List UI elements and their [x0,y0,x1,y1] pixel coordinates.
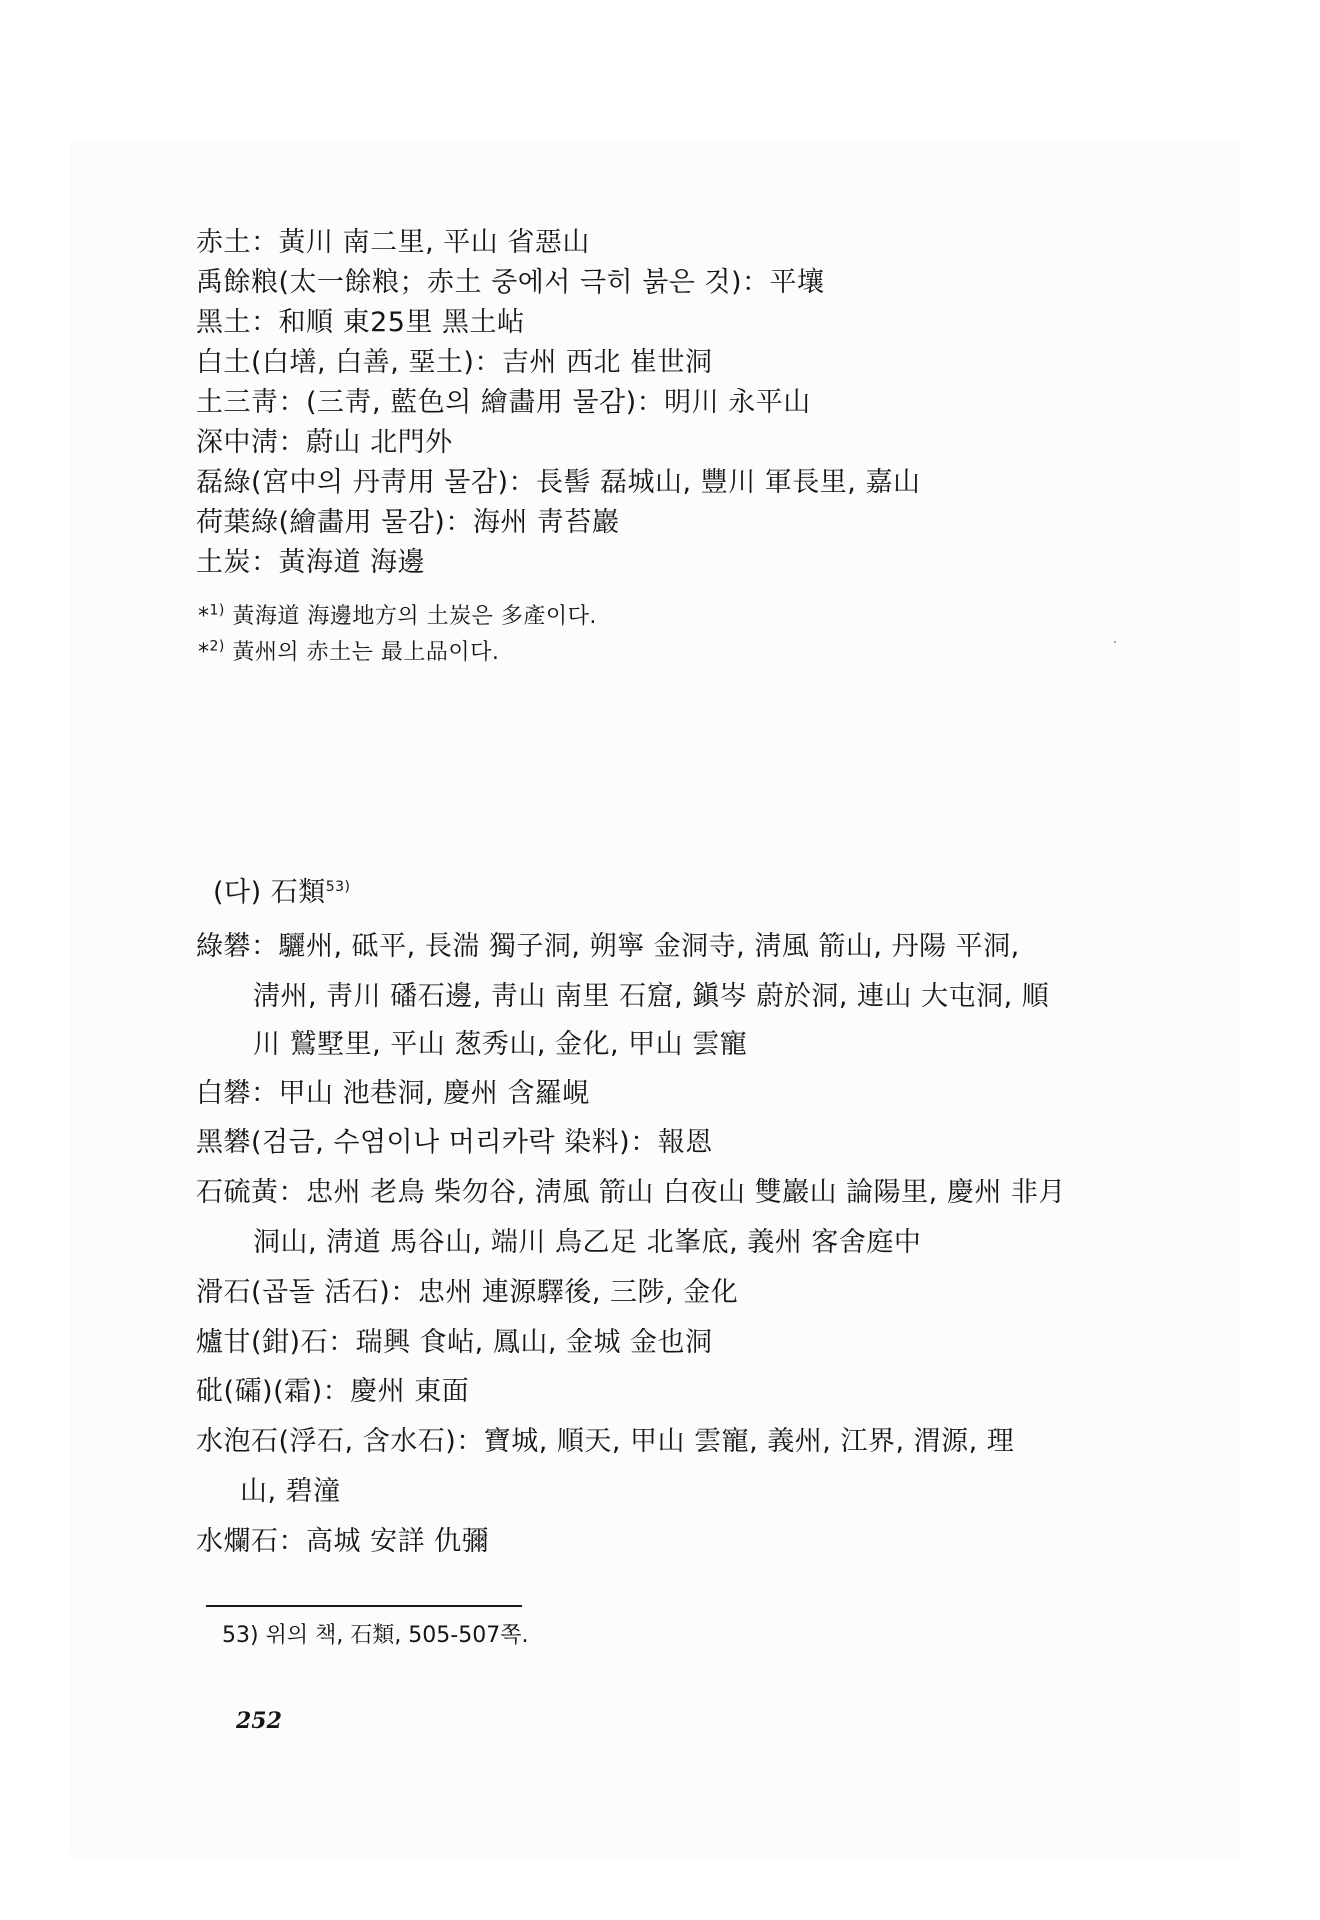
note-sup: 2) [210,639,225,655]
section-title: (다) 石類 [213,877,326,908]
document-page: 赤土：黃川 南二里, 平山 省惡山 禹餘粮(太一餘粮；赤土 중에서 극히 붉은 … [0,0,1320,1920]
note-line: *1) 黃海道 海邊地方의 土炭은 多產이다. [198,600,597,634]
entry-line: 赤土：黃川 南二里, 平山 省惡山 [196,226,590,260]
scan-speck [1114,641,1116,643]
entry-line: 禹餘粮(太一餘粮；赤土 중에서 극히 붉은 것)：平壤 [196,266,825,300]
note-text: 黃州의 赤土는 最上品이다. [232,640,499,665]
entry-line: 荷葉綠(繪畵用 물감)：海州 靑苔巖 [196,506,619,540]
entry-line: 水泡石(浮石, 含水石)：寶城, 順天, 甲山 雲寵, 義州, 江界, 渭源, … [196,1425,1014,1459]
footnote-ref: 53) [326,879,351,895]
entry-line: 石硫黃：忠州 老鳥 柴勿谷, 淸風 箭山 白夜山 雙巖山 論陽里, 慶州 非月 [196,1176,1066,1210]
entry-line: 水爛石：高城 安詳 仇彌 [196,1525,489,1559]
entry-line: 黑土：和順 東25里 黑土岾 [196,306,525,340]
entry-line: 深中淸：蔚山 北門外 [196,426,453,460]
entry-line: 磊綠(宮中의 丹靑用 물감)：長髻 磊城山, 豐川 軍長里, 嘉山 [196,466,920,500]
entry-line: 爐甘(鉗)石：瑞興 食岾, 鳳山, 金城 金也洞 [196,1326,713,1360]
page-number: 252 [236,1708,282,1734]
entry-line: 白土(白墡, 白善, 堊土)：吉州 西北 崔世洞 [196,346,713,380]
note-line: *2) 黃州의 赤土는 最上品이다. [198,636,499,670]
entry-line: 土三靑：(三靑, 藍色의 繪畵用 물감)：明川 永平山 [196,386,811,420]
note-sup: 1) [210,603,225,619]
entry-line: 白礬：甲山 池巷洞, 慶州 含羅峴 [196,1077,590,1111]
entry-continuation: 山, 碧潼 [240,1475,341,1509]
entry-continuation: 淸州, 靑川 磻石邊, 靑山 南里 石窟, 鎭岑 蔚於洞, 連山 大屯洞, 順 [253,980,1049,1014]
entry-continuation: 川 鷲墅里, 平山 葱秀山, 金化, 甲山 雲寵 [253,1028,747,1062]
note-text: 黃海道 海邊地方의 土炭은 多產이다. [232,604,596,629]
entry-line: 黑礬(검금, 수염이나 머리카락 染料)：報恩 [196,1126,713,1160]
entry-line: 土炭：黃海道 海邊 [196,546,425,580]
footnote-text: 위의 책, 石類, 505-507쪽. [266,1623,529,1648]
footnote: 53) 위의 책, 石類, 505-507쪽. [222,1622,528,1650]
footnote-divider [206,1605,522,1607]
footnote-number: 53) [222,1623,259,1648]
entry-line: 綠礬：驪州, 砥平, 長湍 獨子洞, 朔寧 金洞寺, 淸風 箭山, 丹陽 平洞, [196,930,1020,964]
entry-line: 滑石(곱돌 活石)：忠州 連源驛後, 三陟, 金化 [196,1276,738,1310]
entry-line: 砒(礵)(霜)：慶州 東面 [196,1375,469,1409]
note-marker: * [198,604,210,629]
section-heading: (다) 石類53) [213,876,351,910]
note-marker: * [198,640,210,665]
entry-continuation: 洞山, 淸道 馬谷山, 端川 鳥乙足 北峯底, 義州 客舍庭中 [253,1226,921,1260]
